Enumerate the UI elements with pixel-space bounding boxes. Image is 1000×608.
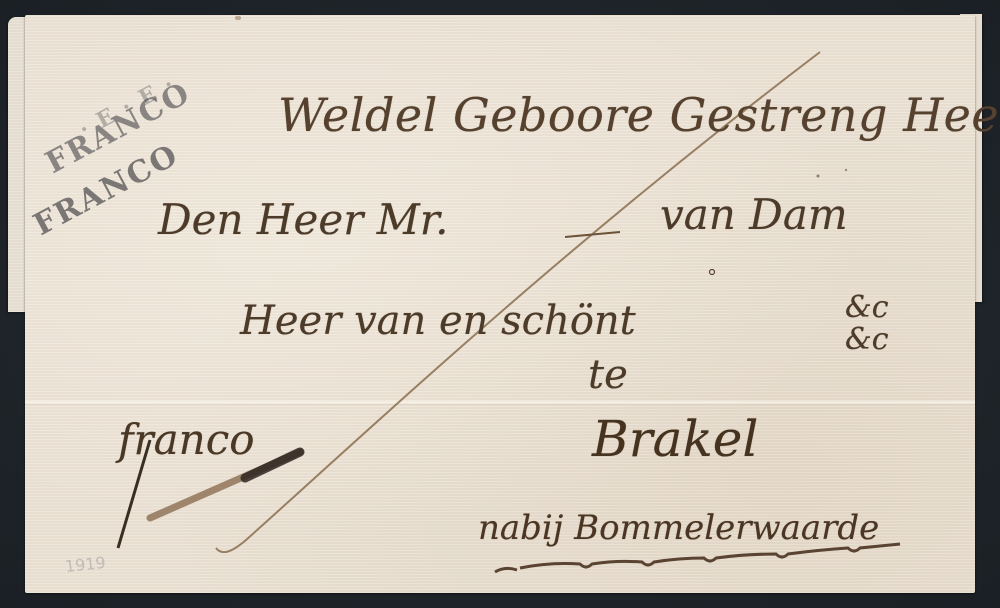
address-etc-2: &c [845,322,889,357]
address-line-te: te [588,352,628,398]
address-line-den-heer: Den Heer Mr. [158,195,449,244]
address-line-region: nabij Bommelerwaarde [478,508,879,548]
address-etc-1: &c [845,290,889,325]
paper-fold-line [25,400,975,405]
address-line-salutation: Weldel Geboore Gestreng Heer [278,88,1000,142]
address-line-town: Brakel [592,410,758,468]
paper-stain [235,16,241,20]
manuscript-franco: franco [118,415,255,464]
address-line-title: Heer van en schönt [240,298,636,344]
address-line-van-dam: van Dam [660,190,848,239]
